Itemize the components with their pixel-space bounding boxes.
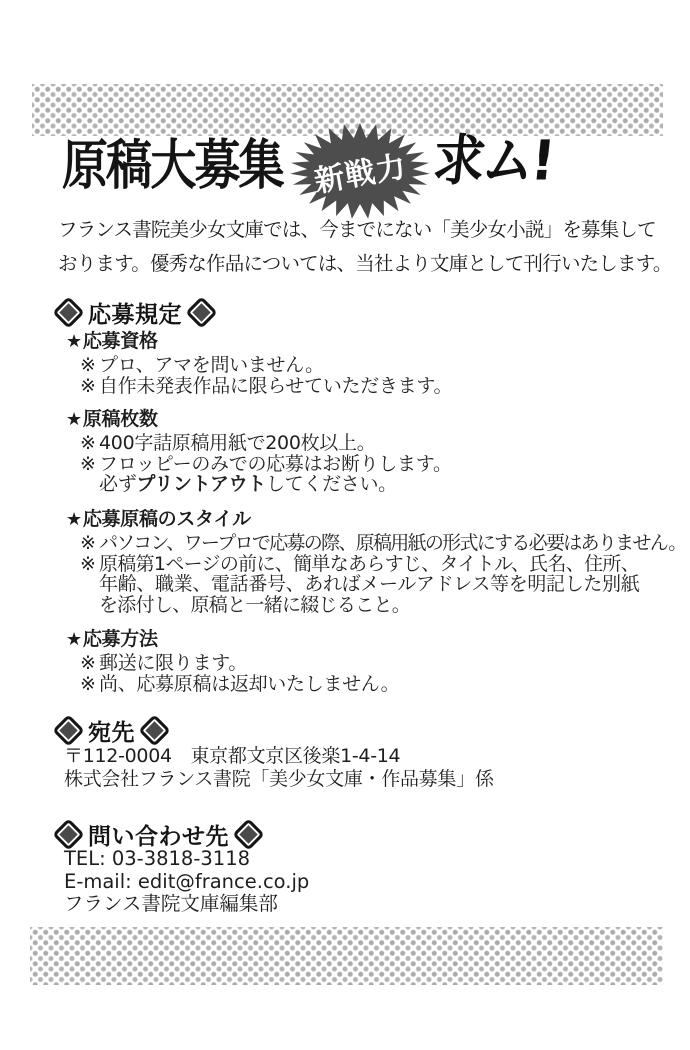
group-title-text: 原稿枚数: [83, 408, 158, 430]
intro-paragraph: フランス書院美少女文庫では、今までにない「美少女小説」を募集して おります。優秀…: [58, 213, 672, 281]
page-title: 原稿大募集: [62, 138, 283, 192]
note-marker: ※: [80, 674, 99, 695]
star-icon: ★: [66, 509, 82, 531]
note-text: 自作未発表作品に限らせていただきます。: [99, 376, 452, 397]
group-title: ★ 応募資格: [66, 330, 672, 353]
page-title-suffix: 求ム!: [430, 134, 555, 189]
note-continuation: 必ずプリントアウトしてください。: [99, 474, 452, 495]
rule-group-page-count: ★ 原稿枚数 ※ 400字詰原稿用紙で200枚以上。 ※ フロッピーのみでの応募…: [66, 408, 672, 495]
note-marker: ※: [80, 554, 99, 575]
rule-note: ※ 郵送に限ります。: [80, 653, 672, 674]
rule-note: ※ プロ、アマを問いません。: [80, 355, 672, 376]
section-heading-address: 宛先: [50, 714, 173, 747]
note-text: 400字詰原稿用紙で200枚以上。: [99, 433, 375, 454]
note-text-part: 必ず: [99, 473, 136, 495]
group-title-text: 応募原稿のスタイル: [83, 508, 251, 530]
mailing-address: 〒112-0004 東京都文京区後楽1-4-14 株式会社フランス書院「美少女文…: [64, 745, 494, 791]
rule-note: ※ パソコン、ワープロで応募の際、原稿用紙の形式にする必要はありません。: [80, 533, 672, 554]
note-marker: ※: [80, 653, 99, 674]
rule-group-method: ★ 応募方法 ※ 郵送に限ります。 ※ 尚、応募原稿は返却いたしません。: [66, 628, 672, 694]
note-text: フロッピーのみでの応募はお断りします。 必ずプリントアウトしてください。: [99, 454, 452, 495]
note-marker: ※: [80, 533, 99, 554]
note-text: 尚、応募原稿は返却いたしません。: [99, 674, 399, 695]
postal-address-line: 〒112-0004 東京都文京区後楽1-4-14: [64, 745, 494, 768]
diamond-icon: [138, 714, 171, 747]
rule-note: ※ 400字詰原稿用紙で200枚以上。: [80, 433, 672, 454]
rule-group-qualification: ★ 応募資格 ※ プロ、アマを問いません。 ※ 自作未発表作品に限らせていただき…: [66, 330, 672, 396]
rule-note: ※ 原稿第1ページの前に、簡単なあらすじ、タイトル、氏名、住所、年齢、職業、電話…: [80, 554, 672, 616]
note-text-emphasis: プリントアウト: [136, 473, 266, 495]
group-title: ★ 応募方法: [66, 628, 672, 651]
contact-info: TEL: 03-3818-3118 E-mail: edit@france.co…: [64, 848, 309, 916]
diamond-icon: [232, 818, 265, 851]
note-marker: ※: [80, 454, 99, 475]
note-marker: ※: [80, 355, 99, 376]
contact-email: E-mail: edit@france.co.jp: [64, 871, 309, 894]
note-line: フロッピーのみでの応募はお断りします。: [99, 454, 452, 475]
note-text: パソコン、ワープロで応募の際、原稿用紙の形式にする必要はありません。: [99, 533, 686, 554]
note-text-part: してください。: [266, 473, 397, 495]
diamond-icon: [185, 296, 218, 329]
rule-note: ※ 自作未発表作品に限らせていただきます。: [80, 376, 672, 397]
note-text: 原稿第1ページの前に、簡単なあらすじ、タイトル、氏名、住所、年齢、職業、電話番号…: [99, 554, 639, 616]
group-title: ★ 原稿枚数: [66, 408, 672, 431]
note-marker: ※: [80, 376, 99, 397]
company-address-line: 株式会社フランス書院「美少女文庫・作品募集」係: [64, 768, 494, 791]
star-icon: ★: [66, 629, 82, 651]
bottom-halftone-band: [30, 927, 663, 985]
contact-tel: TEL: 03-3818-3118: [64, 848, 309, 871]
scanned-page: 原稿大募集 新戦力 求ム! フランス書院美少女文庫では、今までにない「美少女小説…: [0, 0, 690, 1050]
section-heading-text: 応募規定: [88, 296, 182, 329]
star-icon: ★: [66, 331, 82, 353]
group-title-text: 応募資格: [83, 330, 158, 352]
note-text: 郵送に限ります。: [99, 653, 247, 674]
starburst-badge: 新戦力: [289, 121, 431, 221]
diamond-icon: [52, 296, 85, 329]
intro-line: フランス書院美少女文庫では、今までにない「美少女小説」を募集して: [58, 213, 672, 247]
rule-note: ※ 尚、応募原稿は返却いたしません。: [80, 674, 672, 695]
section-heading-text: 宛先: [88, 714, 135, 747]
group-title-text: 応募方法: [83, 628, 158, 650]
section-heading-rules: 応募規定: [50, 296, 220, 329]
rule-group-style: ★ 応募原稿のスタイル ※ パソコン、ワープロで応募の際、原稿用紙の形式にする必…: [66, 508, 672, 615]
star-icon: ★: [66, 409, 82, 431]
intro-line: おります。優秀な作品については、当社より文庫として刊行いたします。: [58, 247, 672, 281]
group-title: ★ 応募原稿のスタイル: [66, 508, 672, 531]
note-marker: ※: [80, 433, 99, 454]
diamond-icon: [52, 818, 85, 851]
contact-department: フランス書院文庫編集部: [64, 893, 309, 916]
diamond-icon: [52, 714, 85, 747]
note-text: プロ、アマを問いません。: [99, 355, 324, 376]
rule-note: ※ フロッピーのみでの応募はお断りします。 必ずプリントアウトしてください。: [80, 454, 672, 495]
